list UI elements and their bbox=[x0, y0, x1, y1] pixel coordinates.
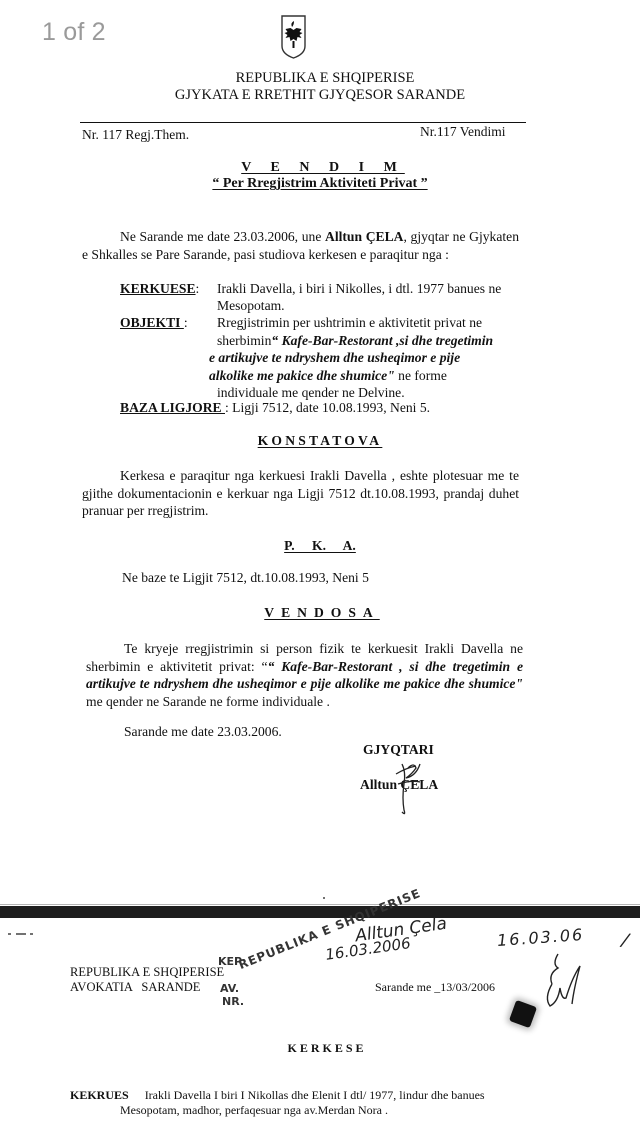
pka-heading-text: P. K. A. bbox=[284, 538, 356, 553]
kekrues-label: KEKRUES bbox=[70, 1088, 129, 1102]
kerkuese-field: KERKUESE: Irakli Davella, i biri i Nikol… bbox=[120, 280, 540, 297]
page-separator-band bbox=[0, 906, 640, 918]
document-title: V E N D I M bbox=[0, 160, 640, 176]
section-heading-konstatova: KONSTATOVA bbox=[0, 433, 640, 449]
section-heading-pka: P. K. A. bbox=[0, 538, 640, 554]
page-counter: 1 of 2 bbox=[42, 18, 106, 47]
konstatova-paragraph: Kerkesa e paraqitur nga kerkuesi Irakli … bbox=[82, 467, 519, 520]
stamp-line: AV. bbox=[220, 982, 244, 995]
scan-mark bbox=[8, 933, 38, 935]
header-republic: REPUBLIKA E SHQIPERISE bbox=[0, 70, 640, 87]
header-divider bbox=[80, 122, 526, 123]
baza-ligjore-field: BAZA LIGJORE : Ligji 7512, date 10.08.19… bbox=[120, 400, 430, 416]
albanian-coat-of-arms-icon bbox=[280, 14, 307, 60]
document-subtitle: “ Per Rregjistrim Aktiviteti Privat ” bbox=[0, 176, 640, 192]
registry-number: Nr. 117 Regj.Them. bbox=[82, 127, 189, 143]
objekti-label: OBJEKTI bbox=[120, 315, 184, 330]
closing-date: Sarande me date 23.03.2006. bbox=[124, 724, 282, 740]
kekrues-line1: Irakli Davella I biri I Nikollas dhe Ele… bbox=[145, 1088, 485, 1102]
lawyer-signature-icon bbox=[528, 950, 588, 1030]
objekti-line: e artikujve te ndryshem dhe usheqimor e … bbox=[209, 349, 537, 367]
intro-paragraph: Ne Sarande me date 23.03.2006, une Alltu… bbox=[82, 228, 519, 263]
page2-header-republic: REPUBLIKA E SHQIPERISE bbox=[70, 965, 224, 980]
kekrues-line2: Mesopotam, madhor, perfaqesuar nga av.Me… bbox=[70, 1103, 570, 1118]
document-subtitle-text: “ Per Rregjistrim Aktiviteti Privat ” bbox=[212, 176, 427, 191]
kerkuese-value: Irakli Davella, i biri i Nikolles, i dtl… bbox=[217, 280, 537, 314]
document-title-text: V E N D I M bbox=[241, 160, 405, 175]
handwritten-signature-icon bbox=[390, 752, 430, 817]
objekti-colon: : bbox=[184, 315, 188, 330]
page-separator-line bbox=[0, 904, 640, 905]
objekti-italic: alkolike me pakice dhe shumice" bbox=[209, 368, 395, 383]
handwritten-date-2: 16.03.06 bbox=[496, 925, 584, 950]
kerkuese-label: KERKUESE bbox=[120, 281, 196, 296]
objekti-line: sherbimin“ Kafe-Bar-Restorant ,si dhe tr… bbox=[217, 332, 537, 350]
kekrues-field: KEKRUESIrakli Davella I biri I Nikollas … bbox=[70, 1088, 570, 1118]
handwritten-mark: / bbox=[620, 930, 630, 952]
decision-number: Nr.117 Vendimi bbox=[420, 124, 506, 140]
kerkuese-colon: : bbox=[196, 281, 200, 296]
baza-ligjore-label: BAZA LIGJORE bbox=[120, 400, 225, 415]
objekti-field: OBJEKTI : Rregjistrimin per ushtrimin e … bbox=[120, 314, 540, 332]
page2-title: KERKESE bbox=[0, 1041, 640, 1056]
objekti-text: ne forme bbox=[395, 368, 447, 383]
konstatova-heading-text: KONSTATOVA bbox=[258, 433, 383, 448]
vendosa-text-cont: me qender ne Sarande ne forme individual… bbox=[86, 694, 330, 709]
judge-name-inline: Alltun ÇELA bbox=[325, 229, 403, 244]
objekti-line: alkolike me pakice dhe shumice" ne forme bbox=[209, 367, 537, 385]
scan-speck bbox=[323, 897, 325, 899]
header-court: GJYKATA E RRETHIT GJYQESOR SARANDE bbox=[0, 87, 640, 104]
page2-date-line: Sarande me _13/03/2006 bbox=[375, 980, 495, 995]
page2-header-avokatia: AVOKATIA SARANDE bbox=[70, 980, 200, 995]
objekti-line: Rregjistrimin per ushtrimin e aktiviteti… bbox=[217, 314, 537, 332]
objekti-value: Rregjistrimin per ushtrimin e aktiviteti… bbox=[217, 314, 537, 402]
pka-paragraph: Ne baze te Ligjit 7512, dt.10.08.1993, N… bbox=[122, 570, 369, 586]
stamp-line: NR. bbox=[222, 995, 244, 1008]
objekti-line: individuale me qender ne Delvine. bbox=[217, 384, 537, 402]
stamp-kep: KEP AV. NR. bbox=[218, 955, 244, 1008]
objekti-italic: “ Kafe-Bar-Restorant ,si dhe tregetimin bbox=[271, 333, 493, 348]
objekti-text: sherbimin bbox=[217, 333, 271, 348]
vendosa-paragraph: Te kryeje rregjistrimin si person fizik … bbox=[86, 640, 523, 710]
objekti-italic: e artikujve te ndryshem dhe usheqimor e … bbox=[209, 350, 460, 365]
intro-text: Ne Sarande me date 23.03.2006, une bbox=[120, 229, 325, 244]
vendosa-heading-text: VENDOSA bbox=[264, 605, 379, 620]
section-heading-vendosa: VENDOSA bbox=[0, 605, 640, 621]
baza-ligjore-value: : Ligji 7512, date 10.08.1993, Neni 5. bbox=[225, 400, 430, 415]
